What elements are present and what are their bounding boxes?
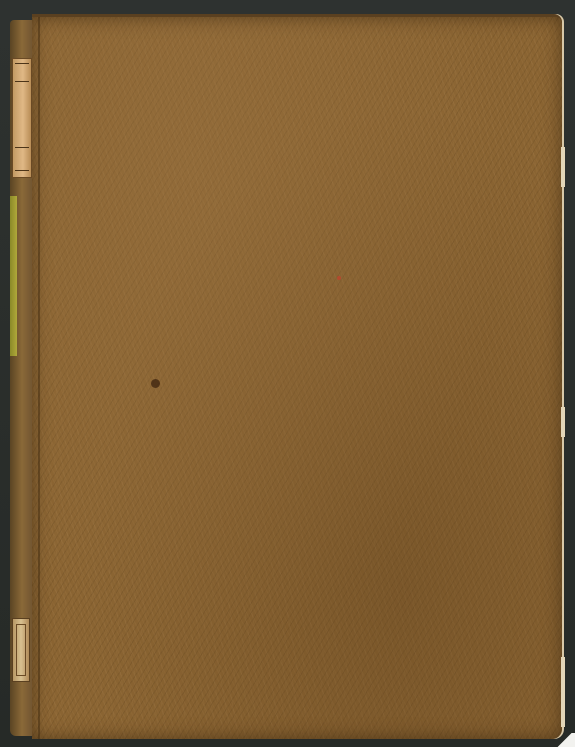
spine-label-bottom [12,618,30,682]
label-rule [15,81,29,82]
cover-hinge [38,17,40,739]
front-cover [32,14,562,739]
edge-wear [561,147,565,187]
label-rule [15,63,29,64]
spine-cloth-strip [10,196,17,356]
label-rule [15,147,29,148]
edge-wear [561,657,565,727]
edge-wear [561,407,565,437]
book [10,14,565,738]
book-spine [10,20,34,736]
spine-label-top [12,58,32,178]
red-speck [337,276,341,280]
label-frame [16,624,26,676]
label-rule [15,170,29,171]
stain-mark [151,379,160,388]
page-curl [557,733,575,747]
